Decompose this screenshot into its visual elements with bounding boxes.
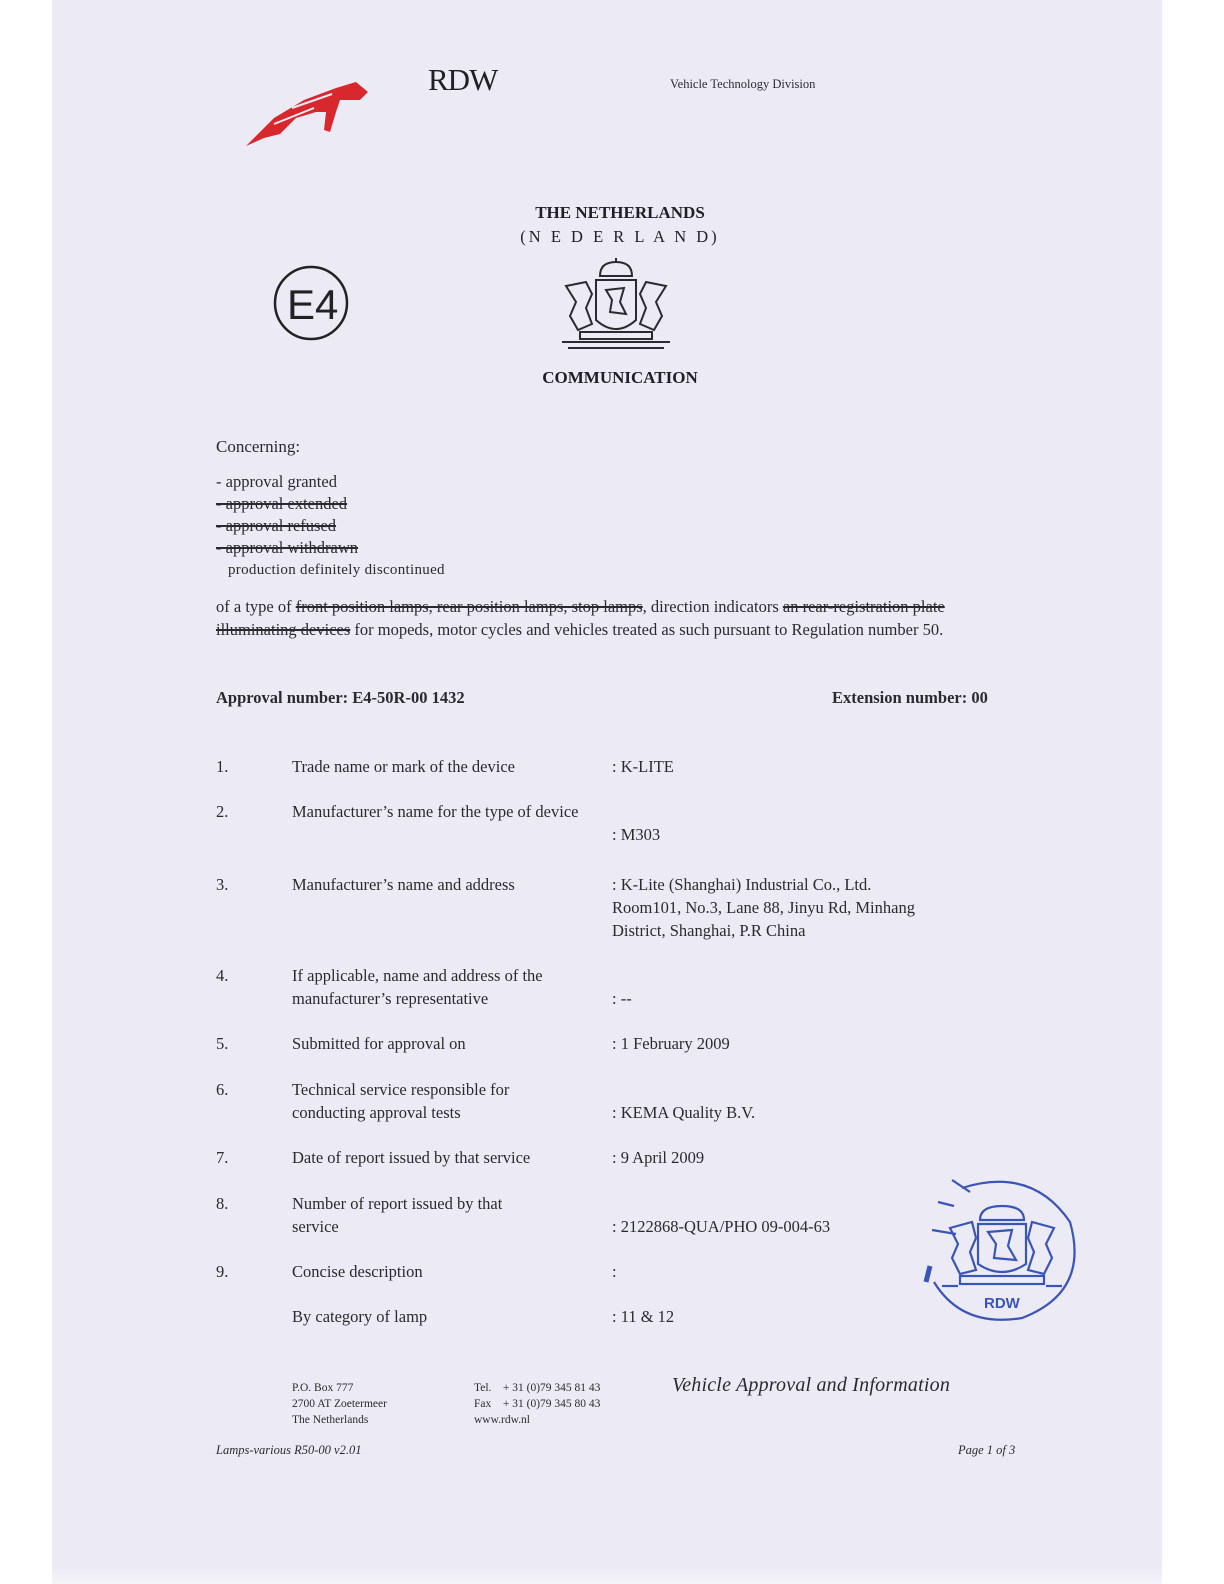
detail-number: 1.	[216, 755, 228, 778]
status-approval-granted: - approval granted	[216, 471, 445, 493]
scope-paragraph: of a type of front position lamps, rear …	[216, 595, 1026, 641]
detail-label: Submitted for approval on	[292, 1032, 602, 1055]
detail-number: 9.	[216, 1260, 228, 1283]
extension-number: Extension number: 00	[832, 688, 988, 708]
detail-label: By category of lamp	[292, 1305, 602, 1328]
concerning-label: Concerning:	[216, 437, 300, 457]
department-name: Vehicle Approval and Information	[672, 1374, 950, 1397]
svg-text:E4: E4	[287, 281, 338, 328]
detail-number: 3.	[216, 873, 228, 896]
form-code: Lamps-various R50-00 v2.01	[216, 1443, 361, 1458]
detail-label: Number of report issued by that service	[292, 1192, 552, 1238]
rdw-stamp-icon: RDW	[922, 1172, 1082, 1324]
detail-label: Manufacturer’s name and address	[292, 873, 602, 896]
approval-status-list: - approval granted - approval extended -…	[216, 471, 445, 581]
detail-number: 4.	[216, 964, 228, 987]
website-link[interactable]: www.rdw.nl	[474, 1412, 600, 1428]
status-approval-refused: - approval refused	[216, 515, 445, 537]
coat-of-arms-icon	[556, 258, 676, 350]
detail-number: 2.	[216, 800, 228, 823]
detail-label: Manufacturer’s name for the type of devi…	[292, 800, 587, 823]
address-line: The Netherlands	[292, 1412, 387, 1428]
fax-line: Fax + 31 (0)79 345 80 43	[474, 1396, 600, 1412]
postal-address: P.O. Box 777 2700 AT Zoetermeer The Neth…	[292, 1380, 387, 1428]
detail-value: : K-Lite (Shanghai) Industrial Co., Ltd.…	[612, 873, 1012, 942]
svg-text:RDW: RDW	[984, 1295, 1021, 1312]
address-line: P.O. Box 777	[292, 1380, 387, 1396]
detail-value: : M303	[612, 823, 1012, 846]
scope-direction-indicators: , direction indicators	[643, 597, 783, 616]
detail-value: : 1 February 2009	[612, 1032, 1012, 1055]
address-line: 2700 AT Zoetermeer	[292, 1396, 387, 1412]
detail-value: : K-LITE	[612, 755, 1012, 778]
page-edge	[52, 1566, 1162, 1584]
scope-suffix: for mopeds, motor cycles and vehicles tr…	[350, 620, 943, 639]
detail-number: 6.	[216, 1078, 228, 1101]
detail-label: Technical service responsible for conduc…	[292, 1078, 567, 1124]
detail-number: 7.	[216, 1146, 228, 1169]
detail-number: 5.	[216, 1032, 228, 1055]
scope-struck-lamps: front position lamps, rear position lamp…	[296, 597, 643, 616]
page-number: Page 1 of 3	[958, 1443, 1015, 1458]
detail-label: Trade name or mark of the device	[292, 755, 602, 778]
brand-name: RDW	[428, 62, 497, 98]
country-native-heading: (N E D E R L A N D)	[0, 227, 1224, 247]
division-name: Vehicle Technology Division	[670, 77, 815, 92]
phone-number: + 31 (0)79 345 81 43	[503, 1382, 601, 1394]
detail-value: : 9 April 2009	[612, 1146, 1012, 1169]
detail-label: If applicable, name and address of the m…	[292, 964, 597, 1010]
country-heading: THE NETHERLANDS	[0, 203, 1224, 223]
scope-prefix: of a type of	[216, 597, 296, 616]
document-type-heading: COMMUNICATION	[0, 368, 1224, 388]
detail-number: 8.	[216, 1192, 228, 1215]
phone-label: Tel.	[474, 1380, 500, 1396]
e4-approval-mark-icon: E4	[271, 265, 351, 341]
phone-line: Tel. + 31 (0)79 345 81 43	[474, 1380, 600, 1396]
contact-info: Tel. + 31 (0)79 345 81 43 Fax + 31 (0)79…	[474, 1380, 600, 1428]
detail-label: Concise description	[292, 1260, 602, 1283]
rdw-logo-icon	[244, 78, 370, 148]
detail-label: Date of report issued by that service	[292, 1146, 602, 1169]
fax-number: + 31 (0)79 345 80 43	[503, 1398, 601, 1410]
fax-label: Fax	[474, 1396, 500, 1412]
status-approval-extended: - approval extended	[216, 493, 445, 515]
detail-value: : --	[612, 987, 1012, 1010]
status-approval-withdrawn: - approval withdrawn	[216, 537, 445, 559]
approval-number: Approval number: E4-50R-00 1432	[216, 688, 465, 708]
status-production-discontinued: production definitely discontinued	[216, 559, 445, 581]
detail-value: : KEMA Quality B.V.	[612, 1101, 1012, 1124]
